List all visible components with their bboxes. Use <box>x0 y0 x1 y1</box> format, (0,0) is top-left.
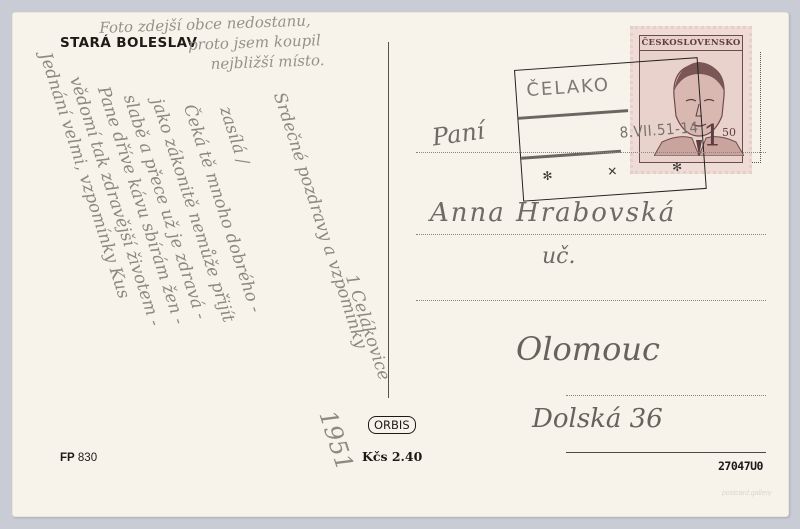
address-salutation: Paní <box>430 116 486 151</box>
message-line: 1951 <box>313 407 359 474</box>
address-street: Dolská 36 <box>532 404 663 434</box>
postcard-back: STARÁ BOLESLAV Foto zdejší obce nedostan… <box>12 12 789 517</box>
address-city: Olomouc <box>516 330 660 368</box>
postmark: ČELAKO 8.VII.51-14 ✻ ✕ ✻ <box>514 57 707 202</box>
publisher-logo: ORBIS <box>368 416 416 434</box>
address-line-3 <box>416 300 766 301</box>
address-line-2 <box>416 234 766 235</box>
price: Kčs 2.40 <box>362 449 422 464</box>
handwritten-message: Srdečné pozdravy a vzpomínky zasílá / Če… <box>20 22 390 502</box>
series-number: FP 830 <box>60 452 97 464</box>
postmark-town: ČELAKO <box>526 74 611 101</box>
watermark: postcard.gallery <box>722 490 771 497</box>
serial-number: 27047U0 <box>718 459 763 473</box>
stamp-value: 150 <box>703 122 736 152</box>
postmark-ornaments: ✻ ✕ ✻ <box>542 160 683 184</box>
address-title: uč. <box>542 244 575 269</box>
address-name: Anna Hrabovská <box>430 198 676 228</box>
address-line-1 <box>416 152 766 153</box>
address-line-4 <box>566 395 766 396</box>
address-line-5 <box>566 452 766 453</box>
postmark-date: 8.VII.51-14 <box>619 118 699 141</box>
stamp-placement-box <box>752 52 761 163</box>
postmark-bar <box>518 109 628 120</box>
stamp-country: ČESKOSLOVENSKO <box>640 38 742 51</box>
message-line: zasílá / <box>215 104 253 167</box>
